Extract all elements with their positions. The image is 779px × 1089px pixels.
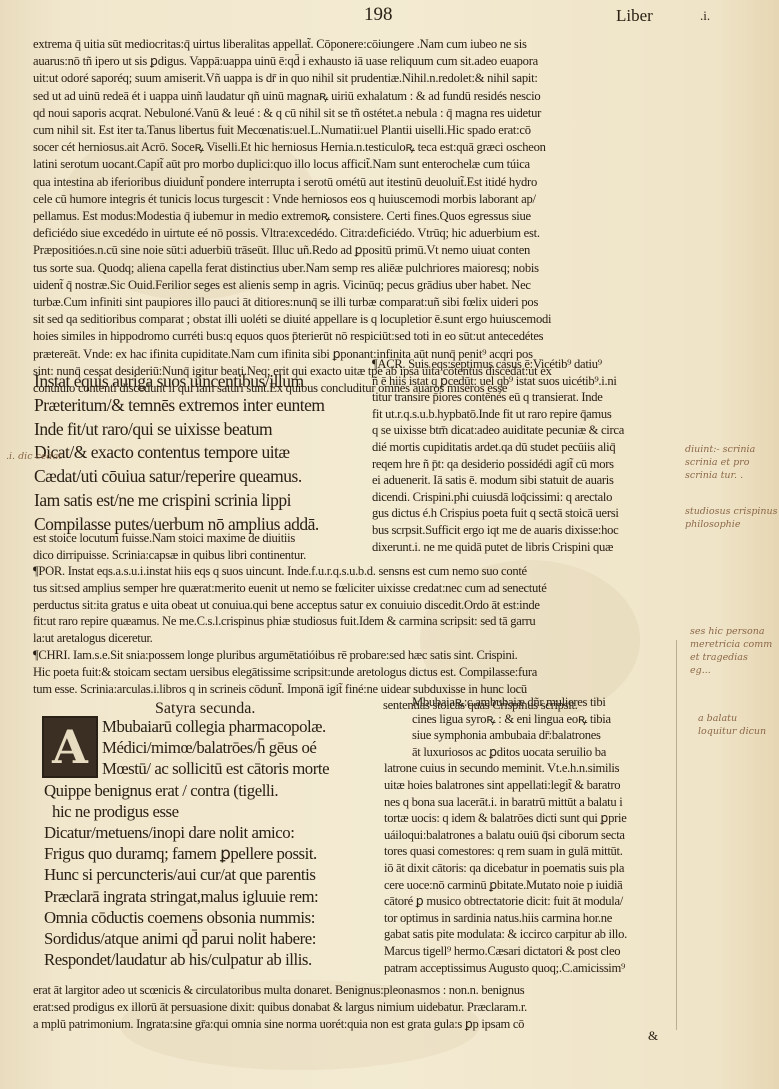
right-commentary-2: Mbubaiaꝶ:c.ambubaiæ dñr mulieres tibi ci… <box>384 694 676 976</box>
marginal-note-line: scrinia et pro <box>685 456 755 469</box>
text-line: patram acceptissimus Augusto quoq;.C.ami… <box>384 960 676 977</box>
verse-line: Hunc si percuncteris/aui cur/at que pare… <box>44 864 374 885</box>
commentary-bottom: erat āt largitor adeo ut scœnicis & circ… <box>33 982 678 1032</box>
text-line: cātoré ꝑ musico obtrectatorie dicit: fui… <box>384 893 676 910</box>
text-line: tortæ uocis: q idem & balatrōes dicti su… <box>384 810 676 827</box>
verse-line: Cædat/uti cōuiua satur/reperire queamus. <box>34 465 364 489</box>
text-line: sit sed qa seditioribus comparat ; obsta… <box>33 311 675 328</box>
verse-line: Respondet/laudatur ab his/culpatur ab il… <box>44 949 374 970</box>
verse-line: Mbubaiarū collegia pharmacopolæ. <box>44 716 374 737</box>
marginal-note-line: a balatu <box>698 712 766 725</box>
verse-line: hic ne prodigus esse <box>44 801 374 822</box>
text-line: tus sorte sua. Quodq; aliena capella fer… <box>33 260 675 277</box>
text-line: bus scrpsit.Sufficit ergo iqt me de auar… <box>372 522 680 539</box>
verse-line: Inde fit/ut raro/qui se uixisse beatum <box>34 418 364 442</box>
marginal-note-line: eg... <box>690 664 772 677</box>
verse-line: Médici/mimœ/balatrōes/h̄ gēus oé <box>44 737 374 758</box>
book-page: 198 Liber .i. extrema q̄ uitia sūt medio… <box>0 0 779 1089</box>
marginal-note-line: et tragedias <box>690 651 772 664</box>
text-line: erat:sed prodigus ex illorū āt persuasio… <box>33 999 678 1016</box>
marginal-note-right-1: diuint:- scrinia scrinia et pro scrinia … <box>685 443 755 482</box>
marginal-note-right-2: studiosus crispinus philosophie <box>685 505 778 531</box>
text-line: cum nihil sit. Est iter ta.Tanus libertu… <box>33 122 675 139</box>
text-line: cere uoce:nō carminū ꝑbitate.Mutato noie… <box>384 877 676 894</box>
text-line: ei aduenerit. Iā satis ē. modum sibi sta… <box>372 472 680 489</box>
marginal-note-line: philosophie <box>685 518 778 531</box>
marginal-note-line: scrinia tur. . <box>685 469 755 482</box>
text-line: sed ut ad uinū redeā ét i uappa uinñ lau… <box>33 88 675 105</box>
verse-line: Præclarā ingrata stringat,malus igluuie … <box>44 886 374 907</box>
text-line: auarus:nō tñ ipero ut sis ꝑdigus. Vappā:… <box>33 53 675 70</box>
text-line: extrema q̄ uitia sūt mediocritas:q̄ uirt… <box>33 36 675 53</box>
verse-line: Instat equis auriga suos uincentibus/ill… <box>34 370 364 394</box>
text-line: fit ut.r.q.s.u.b.hypbatō.Inde fit ut rar… <box>372 406 680 423</box>
text-line: uáiloqui:balatrones a balatu ouiū q̄si c… <box>384 827 676 844</box>
text-line: erat āt largitor adeo ut scœnicis & circ… <box>33 982 678 999</box>
text-line: uit:ut odoré saporéq; suum amiserit.Vñ u… <box>33 70 675 87</box>
right-commentary-1: ¶ACR. Suis eqs:septimus casus ē:Vicétib⁹… <box>372 356 680 555</box>
text-line: deficiédo siue excedédo in uirtute eé nō… <box>33 225 675 242</box>
text-line: ¶ACR. Suis eqs:septimus casus ē:Vicétib⁹… <box>372 356 680 373</box>
text-line: la:ut aretalogus diceretur. <box>33 630 678 647</box>
folio-number: 198 <box>364 4 393 26</box>
text-line: Præpositióes.n.cū sine noie sūt:i aduerb… <box>33 242 675 259</box>
verse-line: Dicatur/metuens/inopi dare nolit amico: <box>44 822 374 843</box>
text-line: Mbubaiaꝶ:c.ambubaiæ dñr mulieres tibi <box>384 694 676 711</box>
text-line: q se uixisse btm̄ dicat:adeo auiditate p… <box>372 422 680 439</box>
text-line: qd noui saporis acqrat. Nebuloné.Vanū & … <box>33 105 675 122</box>
text-line: gabat satis pite modulata: & iccirco car… <box>384 926 676 943</box>
text-line: turbæ.Cum infiniti sint paupiores illo p… <box>33 294 675 311</box>
verse-line: Mœstū/ ac sollicitū est cātoris morte <box>44 758 374 779</box>
page-header: 198 Liber .i. <box>0 4 779 30</box>
text-line: perductus sit:ita gratus e uita obeat ut… <box>33 597 678 614</box>
verse-line: Iam satis est/ne me crispini scrinia lip… <box>34 489 364 513</box>
marginal-note-right-3: ses hic persona meretricia comm et trage… <box>690 625 772 677</box>
text-line: latrone cuius in secundo meminit. Vt.e.h… <box>384 760 676 777</box>
text-line: tores quasi comestores: q rem suam in gu… <box>384 843 676 860</box>
text-line: ¶POR. Instat eqs.a.s.u.i.instat hiis eqs… <box>33 563 678 580</box>
text-line: reqem hre ñ p̄t: qa desiderio possidédi … <box>372 456 680 473</box>
verse-line: Dicat/& exacto contentus tempore uitæ <box>34 441 364 465</box>
verse-line: Quippe benignus erat / contra (tigelli. <box>44 780 374 801</box>
marginal-note-line: ses hic persona <box>690 625 772 638</box>
running-head-mark: .i. <box>700 8 710 24</box>
text-line: dixerunt.i. ne me quidā putet de libris … <box>372 539 680 556</box>
text-line: latini serotum uocant.Capit̃ aūt pro mor… <box>33 156 675 173</box>
marginal-note-line: diuint:- scrinia <box>685 443 755 456</box>
commentary-por: ¶POR. Instat eqs.a.s.u.i.instat hiis eqs… <box>33 563 678 647</box>
text-line: ¶CHRI. Iam.s.e.Sit snia:possem longe plu… <box>33 647 678 664</box>
commentary-top: extrema q̄ uitia sūt mediocritas:q̄ uirt… <box>33 36 675 397</box>
verse-line: Frigus quo duramq; famem ꝑpellere possit… <box>44 843 374 864</box>
satire-verse: Mbubaiarū collegia pharmacopolæ. Médici/… <box>44 716 374 970</box>
marginal-note-right-4: a balatu loquitur dicun <box>698 712 766 738</box>
text-line: a mplū patrimonium. Ingrata:sine gr̄a:qu… <box>33 1016 678 1033</box>
marginal-note-line: loquitur dicun <box>698 725 766 738</box>
text-line: fit:ut raro repire quæamus. Ne me.C.s.l.… <box>33 613 678 630</box>
text-line: pellamus. Est modus:Modestia q̄ iubemur … <box>33 208 675 225</box>
text-line: uident̃ q̄ nostræ.Sic Ouid.Ferilior sege… <box>33 277 675 294</box>
marginal-note-left: .i. dic cedat <box>6 450 62 463</box>
text-line: Hic poeta fuit:& stoicam sectam uersibus… <box>33 664 678 681</box>
running-head: Liber <box>616 6 653 26</box>
text-line: dié mortis cupiditatis ardet.qa dū stude… <box>372 439 680 456</box>
verse-line: Sordidus/atque animi qd̄ parui nolit hab… <box>44 928 374 949</box>
text-line: āt luxuriosos ac ꝑditos uocata seruilio … <box>384 744 676 761</box>
marginal-note-line: studiosus crispinus <box>685 505 778 518</box>
catchword: & <box>648 1028 658 1044</box>
text-line: siue symphonia ambubaia dr̄:balatrones <box>384 727 676 744</box>
text-line: qua intestina ab iferioribus diuidunt̃ p… <box>33 174 675 191</box>
text-line: socer cét herniosus.ait Acrō. Soceꝶ Vise… <box>33 139 675 156</box>
text-line: titur transire p̄iores contēnés eū q tra… <box>372 389 680 406</box>
text-line: gus dictus é.h Crispius poeta fuit q sec… <box>372 505 680 522</box>
text-line: dicendi. Crispini.pħi cuiusdā loq̄cissim… <box>372 489 680 506</box>
marginal-note-line: meretricia comm <box>690 638 772 651</box>
text-line: ñ ē hiis istat q ꝑcedūt: uel qb⁹ istat s… <box>372 373 680 390</box>
verse-line: Omnia cōductis coemens obsonia nummis: <box>44 907 374 928</box>
text-line: Marcus tigell⁹ hermo.Cæsari dictatori & … <box>384 943 676 960</box>
text-line: tor optimus in sardinia natus.hiis carmi… <box>384 910 676 927</box>
text-line: dico dirripuisse. Scrinia:capsæ in quibu… <box>33 547 363 564</box>
text-line: cines ligua syroꝶ : & eni lingua eoꝶ tib… <box>384 711 676 728</box>
verse-line: Præteritum/& temnēs extremos inter eunte… <box>34 394 364 418</box>
text-line: tus sit:sed amplius semper hre quærat:me… <box>33 580 678 597</box>
text-line: hoies similes in hippodromo curréti bus:… <box>33 328 675 345</box>
commentary-mid-left: est stoice locutum fuisse.Nam stoici max… <box>33 530 363 564</box>
verse-block-1: Instat equis auriga suos uincentibus/ill… <box>34 370 364 537</box>
text-line: uitæ hoies balatrones sint appellati:leg… <box>384 777 676 794</box>
column-edge-rule <box>676 640 677 1030</box>
text-line: nes q bona sua lacerāt.i. in baratrū mit… <box>384 794 676 811</box>
text-line: iō āt dixit cātoris: qa dicebatur in poe… <box>384 860 676 877</box>
text-line: est stoice locutum fuisse.Nam stoici max… <box>33 530 363 547</box>
text-line: cele cū humore integris ét tunicis locus… <box>33 191 675 208</box>
